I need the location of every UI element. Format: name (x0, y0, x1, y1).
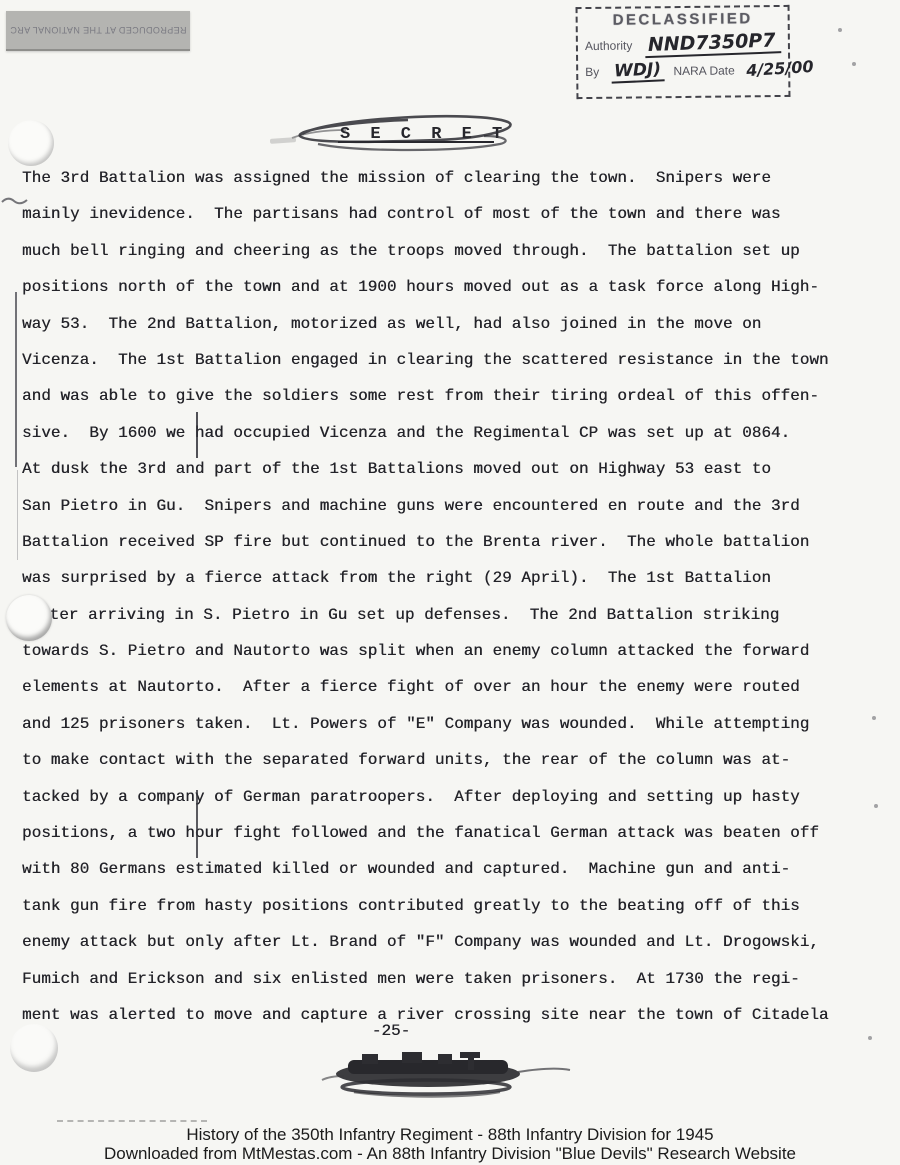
scan-artifact-speck (874, 804, 878, 808)
body-line: The 3rd Battalion was assigned the missi… (22, 160, 882, 196)
scan-artifact-speck (872, 716, 876, 720)
scan-artifact-speck (868, 1036, 872, 1040)
authority-row: Authority NND7350P7 (585, 31, 781, 57)
body-line: tacked by a company of German paratroope… (22, 779, 882, 815)
scan-artifact-vertical-line-faint (17, 470, 18, 560)
scan-artifact-speck (838, 28, 842, 32)
by-handwritten-initials: WDJ) (610, 59, 664, 83)
nara-date-label: NARA Date (673, 63, 735, 78)
body-line-hole-punched: fter arriving in S. Pietro in Gu set up … (22, 597, 882, 633)
body-line: and was able to give the soldiers some r… (22, 378, 882, 414)
body-line: to make contact with the separated forwa… (22, 742, 882, 778)
scan-artifact-speck (852, 62, 856, 66)
body-line: towards S. Pietro and Nautorto was split… (22, 633, 882, 669)
body-line: enemy attack but only after Lt. Brand of… (22, 924, 882, 960)
scan-artifact-stray-bar (196, 790, 198, 858)
footer-line-1: History of the 350th Infantry Regiment -… (0, 1125, 900, 1144)
body-line: At dusk the 3rd and part of the 1st Batt… (22, 451, 882, 487)
body-line: ment was alerted to move and capture a r… (22, 997, 882, 1033)
authority-handwritten-value: NND7350P7 (644, 29, 780, 58)
nara-date-row: By WDJ) NARA Date 4/25/00 (585, 59, 781, 83)
body-line: mainly inevidence. The partisans had con… (22, 196, 882, 232)
hole-punch-bottom (10, 1024, 58, 1072)
body-line: Fumich and Erickson and six enlisted men… (22, 961, 882, 997)
declassified-title: DECLASSIFIED (585, 10, 781, 29)
body-line: tank gun fire from hasty positions contr… (22, 888, 882, 924)
body-line: positions north of the town and at 1900 … (22, 269, 882, 305)
authority-label: Authority (585, 39, 633, 53)
reproduced-at-strip: REPRODUCED AT THE NATIONAL ARC (6, 11, 190, 51)
scan-artifact-vertical-line (15, 292, 17, 467)
body-line: and 125 prisoners taken. Lt. Powers of "… (22, 706, 882, 742)
body-line: was surprised by a fierce attack from th… (22, 560, 882, 596)
secret-stamp-bottom-obliterated (318, 1046, 578, 1102)
body-line: much bell ringing and cheering as the tr… (22, 233, 882, 269)
secret-stamp-top: S E C R E T (288, 108, 528, 156)
footer-caption: History of the 350th Infantry Regiment -… (0, 1125, 900, 1163)
scan-artifact-squiggle (0, 194, 30, 208)
body-line: Battalion received SP fire but continued… (22, 524, 882, 560)
scan-artifact-footer-dash (57, 1120, 207, 1122)
body-line: sive. By 1600 we had occupied Vicenza an… (22, 415, 882, 451)
body-line: Vicenza. The 1st Battalion engaged in cl… (22, 342, 882, 378)
body-line: San Pietro in Gu. Snipers and machine gu… (22, 488, 882, 524)
body-line: with 80 Germans estimated killed or woun… (22, 851, 882, 887)
by-label: By (585, 65, 599, 79)
declassified-stamp: DECLASSIFIED Authority NND7350P7 By WDJ)… (576, 5, 791, 99)
body-line: positions, a two hour fight followed and… (22, 815, 882, 851)
hole-punch-middle (6, 595, 52, 641)
body-line: elements at Nautorto. After a fierce fig… (22, 669, 882, 705)
scanned-page: REPRODUCED AT THE NATIONAL ARC DECLASSIF… (0, 0, 900, 1165)
scan-artifact-stray-bar (196, 412, 198, 458)
footer-line-2: Downloaded from MtMestas.com - An 88th I… (0, 1144, 900, 1163)
reproduced-at-text: REPRODUCED AT THE NATIONAL ARC (10, 25, 187, 35)
body-line: way 53. The 2nd Battalion, motorized as … (22, 306, 882, 342)
date-handwritten-value: 4/25/00 (746, 57, 814, 80)
typed-body-text: The 3rd Battalion was assigned the missi… (22, 160, 882, 1033)
page-number: -25- (346, 1022, 436, 1040)
hole-punch-top (8, 120, 54, 166)
